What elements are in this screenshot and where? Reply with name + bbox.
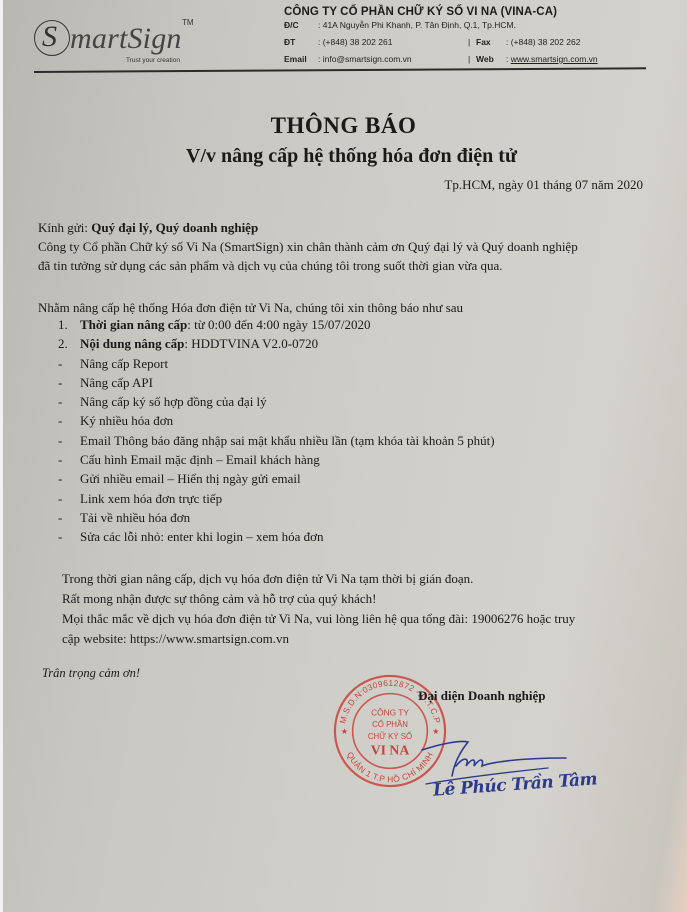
bullet-text: Email Thông báo đăng nhập sai mật khẩu n… xyxy=(80,433,495,449)
separator: | xyxy=(468,37,470,47)
bullet-dash-icon: - xyxy=(58,529,78,545)
web-label: Web xyxy=(476,54,494,64)
bullet-dash-icon: - xyxy=(58,375,78,391)
bullet-dash-icon: - xyxy=(58,491,78,507)
phone-value: : (+848) 38 202 261 xyxy=(318,37,392,47)
item-number: 1. xyxy=(58,317,78,333)
paragraph-thanks: Công ty Cổ phần Chữ ký số Vi Na (SmartSi… xyxy=(38,237,578,275)
item-value: : từ 0:00 đến 4:00 ngày 15/07/2020 xyxy=(187,317,370,332)
company-name: CÔNG TY CỔ PHẦN CHỮ KÝ SỐ VI NA (VINA-CA… xyxy=(284,6,664,18)
logo-name: martSign xyxy=(70,22,182,56)
smartsign-logo: S martSign TM Trust your creation xyxy=(30,16,200,68)
bullet-text: Tải về nhiều hóa đơn xyxy=(80,510,190,526)
bullet-dash-icon: - xyxy=(58,471,78,487)
closing-line: cập website: https://www.smartsign.com.v… xyxy=(62,629,575,649)
document-page: S martSign TM Trust your creation CÔNG T… xyxy=(0,0,687,912)
intro-sentence: Nhằm nâng cấp hệ thống Hóa đơn điện tử V… xyxy=(38,298,463,317)
separator: | xyxy=(468,54,470,64)
address-value: : 41A Nguyễn Phi Khanh, P. Tân Định, Q.1… xyxy=(318,20,516,30)
item-text: Nội dung nâng cấp: HDDTVINA V2.0-0720 xyxy=(80,336,318,352)
document-title: THÔNG BÁO xyxy=(0,113,687,139)
company-info: CÔNG TY CỔ PHẦN CHỮ KÝ SỐ VI NA (VINA-CA… xyxy=(284,6,664,69)
bullet-text: Gửi nhiều email – Hiển thị ngày gửi emai… xyxy=(80,471,301,487)
item-text: Thời gian nâng cấp: từ 0:00 đến 4:00 ngà… xyxy=(80,317,371,333)
item-value: : HDDTVINA V2.0-0720 xyxy=(184,336,318,351)
bullet-dash-icon: - xyxy=(58,510,78,526)
email-label: Email xyxy=(284,54,307,64)
thanks-line: Trân trọng cảm ơn! xyxy=(42,666,140,681)
logo-tagline: Trust your creation xyxy=(126,57,180,64)
greeting-recipients: Quý đại lý, Quý doanh nghiệp xyxy=(91,220,258,235)
paragraph-line: đã tin tưởng sử dụng các sản phẩm và dịc… xyxy=(38,256,578,275)
bullet-text: Nâng cấp ký số hợp đồng của đại lý xyxy=(80,394,267,410)
svg-text:CÔNG TY: CÔNG TY xyxy=(371,707,409,717)
bullet-text: Sửa các lỗi nhỏ: enter khi login – xem h… xyxy=(80,529,324,545)
svg-text:CHỮ KÝ SỐ: CHỮ KÝ SỐ xyxy=(368,731,412,741)
closing-line: Trong thời gian nâng cấp, dịch vụ hóa đơ… xyxy=(62,569,575,589)
fax-value: : (+848) 38 202 262 xyxy=(506,37,580,47)
closing-line: Mọi thắc mắc về dịch vụ hóa đơn điện tử … xyxy=(62,609,575,629)
svg-text:★: ★ xyxy=(341,727,348,736)
item-number: 2. xyxy=(58,336,78,352)
bullet-text: Ký nhiều hóa đơn xyxy=(80,413,173,429)
paragraph-line: Công ty Cổ phần Chữ ký số Vi Na (SmartSi… xyxy=(38,237,578,256)
bullet-text: Nâng cấp API xyxy=(80,375,153,391)
bullet-dash-icon: - xyxy=(58,433,78,449)
phone-label: ĐT xyxy=(284,37,295,47)
closing-line: Rất mong nhận được sự thông cảm và hỗ tr… xyxy=(62,589,575,609)
document-date: Tp.HCM, ngày 01 tháng 07 năm 2020 xyxy=(444,177,643,193)
bullet-dash-icon: - xyxy=(58,356,78,372)
website-link[interactable]: www.smartsign.com.vn xyxy=(511,54,598,64)
address-row: Đ/C : 41A Nguyễn Phi Khanh, P. Tân Định,… xyxy=(284,20,664,35)
phone-row: ĐT : (+848) 38 202 261 | Fax : (+848) 38… xyxy=(284,37,664,52)
closing-paragraph: Trong thời gian nâng cấp, dịch vụ hóa đơ… xyxy=(62,569,575,649)
bullet-dash-icon: - xyxy=(58,413,78,429)
item-label: Nội dung nâng cấp xyxy=(80,336,184,351)
bullet-text: Nâng cấp Report xyxy=(80,356,168,372)
svg-text:VI NA: VI NA xyxy=(371,743,410,758)
item-label: Thời gian nâng cấp xyxy=(80,317,187,332)
bullet-text: Cấu hình Email mặc định – Email khách hà… xyxy=(80,452,320,468)
bullet-text: Link xem hóa đơn trực tiếp xyxy=(80,491,222,507)
web-prefix: : xyxy=(506,54,508,64)
email-value: : info@smartsign.com.vn xyxy=(318,54,412,64)
logo-initial: S xyxy=(42,20,57,54)
greeting-label: Kính gửi: xyxy=(38,220,91,235)
address-label: Đ/C xyxy=(284,20,299,30)
logo-trademark: TM xyxy=(182,18,194,27)
greeting: Kính gửi: Quý đại lý, Quý doanh nghiệp xyxy=(38,218,258,237)
web-value: : www.smartsign.com.vn xyxy=(506,54,598,64)
svg-text:CỔ PHẦN: CỔ PHẦN xyxy=(372,719,408,729)
document-subtitle: V/v nâng cấp hệ thống hóa đơn điện tử xyxy=(0,145,687,168)
bullet-dash-icon: - xyxy=(58,394,78,410)
fax-label: Fax xyxy=(476,37,491,47)
bullet-dash-icon: - xyxy=(58,452,78,468)
